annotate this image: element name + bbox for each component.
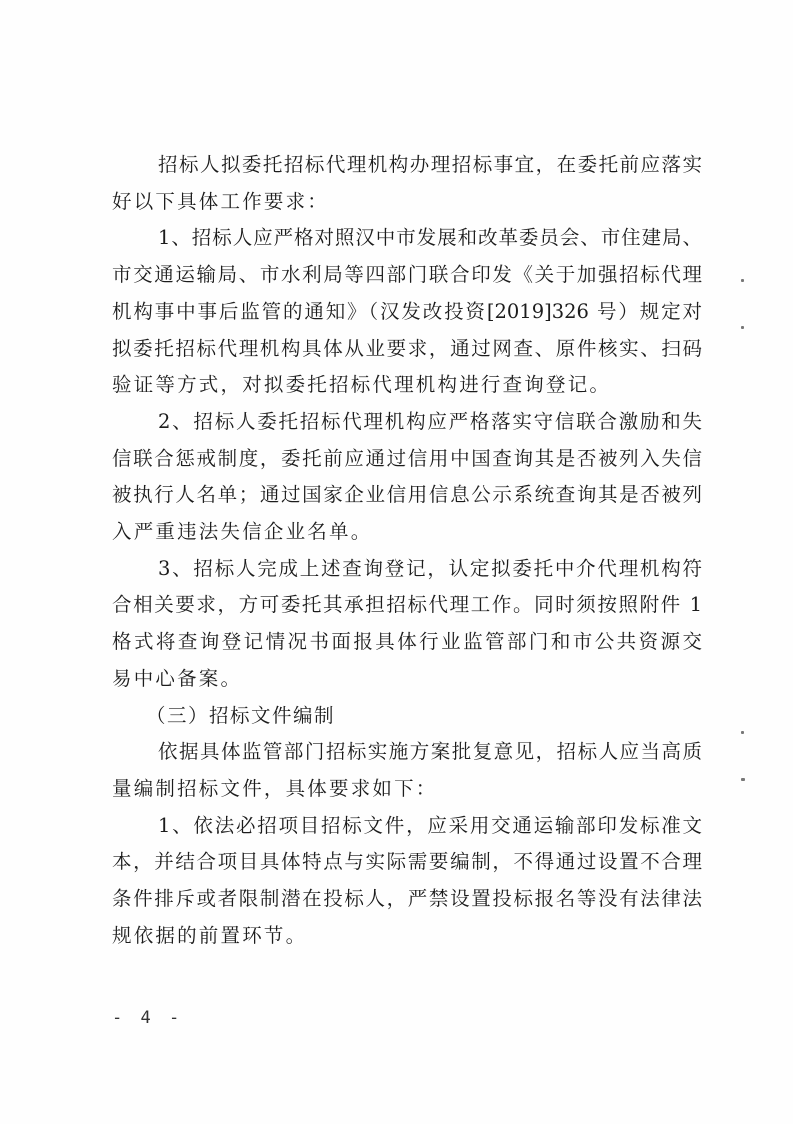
text-line: 依据具体监管部门招标实施方案批复意见，招标人应当高质 [158, 737, 702, 767]
text-line: 入严重违法失信企业名单。 [112, 517, 702, 547]
text-line: 量编制招标文件，具体要求如下： [112, 774, 702, 804]
text-line: 验证等方式，对拟委托招标代理机构进行查询登记。 [112, 370, 702, 400]
text-line: 机构事中事后监管的通知》（汉发改投资[2019]326 号）规定对 [112, 297, 702, 327]
text-line: 本，并结合项目具体特点与实际需要编制，不得通过设置不合理 [112, 847, 702, 877]
text-line: 格式将查询登记情况书面报具体行业监管部门和市公共资源交 [112, 627, 702, 657]
text-line: 合相关要求，方可委托其承担招标代理工作。同时须按照附件 1 [112, 590, 702, 620]
text-line: 拟委托招标代理机构具体从业要求，通过网查、原件核实、扫码 [112, 334, 702, 364]
text-line: 被执行人名单；通过国家企业信用信息公示系统查询其是否被列 [112, 480, 702, 510]
document-page: 招标人拟委托招标代理机构办理招标事宜，在委托前应落实 好以下具体工作要求： 1、… [0, 0, 793, 1124]
text-line: 3、招标人完成上述查询登记，认定拟委托中介代理机构符 [158, 554, 702, 584]
section-heading: （三）招标文件编制 [146, 701, 446, 731]
scan-mark [741, 731, 744, 734]
page-number: - 4 - [112, 1008, 183, 1028]
text-line: 1、招标人应严格对照汉中市发展和改革委员会、市住建局、 [158, 223, 702, 253]
text-line: 信联合惩戒制度，委托前应通过信用中国查询其是否被列入失信 [112, 444, 702, 474]
text-line: 好以下具体工作要求： [112, 187, 702, 217]
text-line: 2、招标人委托招标代理机构应严格落实守信联合激励和失 [158, 407, 702, 437]
scan-mark [741, 326, 744, 329]
scan-mark [741, 778, 745, 781]
text-line: 易中心备案。 [112, 664, 702, 694]
scan-mark [741, 279, 744, 282]
text-line: 市交通运输局、市水利局等四部门联合印发《关于加强招标代理 [112, 260, 702, 290]
text-line: 1、依法必招项目招标文件，应采用交通运输部印发标准文 [158, 811, 702, 841]
text-line: 规依据的前置环节。 [112, 921, 702, 951]
text-line: 条件排斥或者限制潜在投标人，严禁设置投标报名等没有法律法 [112, 884, 702, 914]
text-line: 招标人拟委托招标代理机构办理招标事宜，在委托前应落实 [158, 150, 702, 180]
